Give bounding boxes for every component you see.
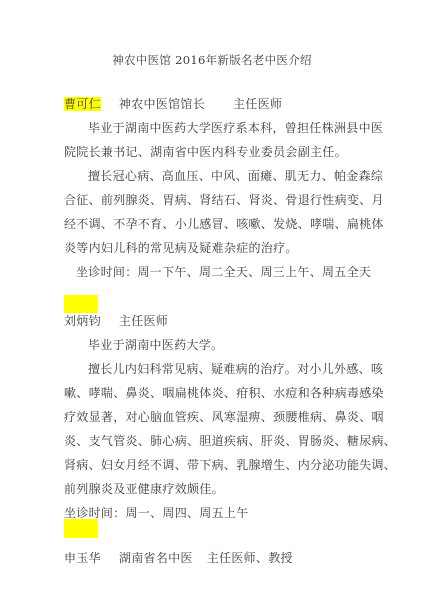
doctor-specialty-line: 合征、前列腺炎、胃病、肾结石、肾炎、骨退行性病变、月 bbox=[64, 192, 384, 208]
doctor-position: 湖南省名中医 bbox=[119, 551, 193, 565]
doctor-specialty-line: 肾病、妇女月经不调、带下病、乳腺增生、内分泌功能失调、 bbox=[64, 457, 396, 473]
document-page: 神农中医馆 2016年新版名老中医介绍 曹可仁神农中医馆馆长主任医师 毕业于湖南… bbox=[0, 0, 424, 600]
doctor-name: 申玉华 bbox=[64, 551, 101, 565]
doctor-specialty-line: 嗽、哮喘、鼻炎、咽扁桃体炎、疳积、水痘和各种病毒感染 bbox=[64, 385, 384, 401]
doctor-specialty-line: 擅长冠心病、高血压、中风、面瘫、肌无力、帕金森综 bbox=[88, 168, 383, 184]
doctor-header-2: 刘炳钧主任医师 bbox=[64, 313, 168, 329]
highlight-marker bbox=[64, 295, 98, 313]
doctor-specialty-line: 经不调、不孕不育、小儿感冒、咳嗽、发烧、哮喘、扁桃体 bbox=[64, 216, 384, 232]
doctor-specialty-line: 擅长儿内妇科常见病、疑难病的治疗。对小儿外感、咳 bbox=[88, 361, 383, 377]
doctor-name: 刘炳钧 bbox=[64, 314, 101, 328]
doctor-header-3: 申玉华湖南省名中医主任医师、教授 bbox=[64, 550, 293, 566]
doctor-education-cont: 院院长兼书记、湖南省中医内科专业委员会副主任。 bbox=[64, 144, 347, 160]
doctor-position: 神农中医馆馆长 bbox=[119, 97, 205, 111]
doctor-specialty-line: 炎、支气管炎、肺心病、胆道疾病、肝炎、胃肠炎、糖尿病、 bbox=[64, 433, 396, 449]
doctor-name: 曹可仁 bbox=[64, 97, 101, 111]
doctor-education: 毕业于湖南中医药大学。 bbox=[88, 337, 223, 353]
doctor-specialty-line: 疗效显著，对心脑血管疾、风寒湿痹、颈腰椎病、鼻炎、咽 bbox=[64, 409, 384, 425]
doctor-rank: 主任医师、教授 bbox=[207, 551, 293, 565]
doctor-schedule: 坐诊时间：周一下午、周二全天、周三上午、周五全天 bbox=[76, 264, 371, 280]
doctor-rank: 主任医师 bbox=[233, 97, 282, 111]
doctor-specialty-line: 前列腺炎及亚健康疗效颇佳。 bbox=[64, 481, 224, 497]
doctor-education: 毕业于湖南中医药大学医疗系本科，曾担任株洲县中医 bbox=[88, 120, 383, 136]
doctor-specialty-line: 炎等内妇儿科的常见病及疑难杂症的治疗。 bbox=[64, 240, 298, 256]
document-title: 神农中医馆 2016年新版名老中医介绍 bbox=[0, 52, 424, 68]
doctor-rank: 主任医师 bbox=[119, 314, 168, 328]
highlight-marker bbox=[64, 519, 98, 538]
doctor-header-1: 曹可仁神农中医馆馆长主任医师 bbox=[64, 96, 282, 112]
